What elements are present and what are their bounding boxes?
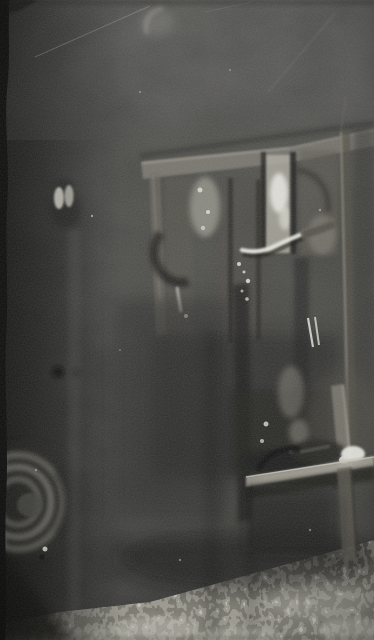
screenshot-canvas [0,0,374,640]
vignette [0,0,374,640]
photograph [0,0,374,640]
